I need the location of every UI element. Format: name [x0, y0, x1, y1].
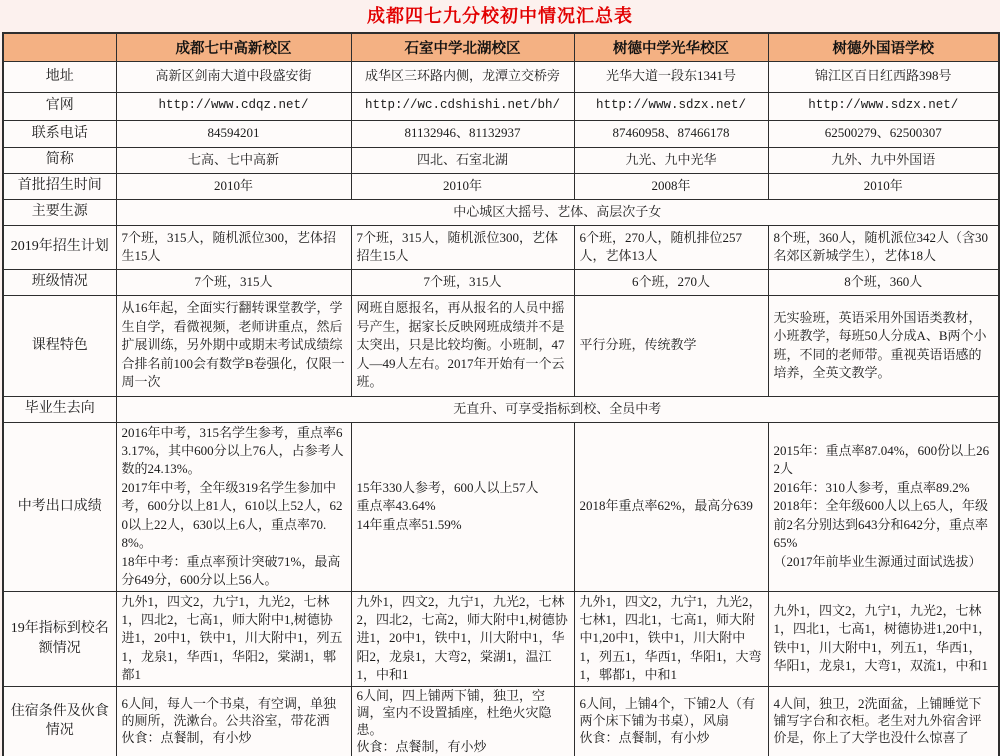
- table-cell: 2018年重点率62%，最高分639: [574, 422, 768, 591]
- row-graduate-destination: 毕业生去向 无直升、可享受指标到校、全员中考: [3, 396, 999, 422]
- table-cell: 62500279、62500307: [768, 120, 999, 147]
- table-cell: 84594201: [116, 120, 351, 147]
- table-cell: 高新区剑南大道中段盛安街: [116, 61, 351, 92]
- row-address: 地址 高新区剑南大道中段盛安街 成华区三环路内侧，龙潭立交桥旁 光华大道一段东1…: [3, 61, 999, 92]
- table-cell: 九外1，四文2，九宁1，九光2，七林1，四北1，七高1，树德协进1,20中1，铁…: [768, 591, 999, 686]
- table-cell: 无实验班，英语采用外国语类教材，小班教学，每班50人分成A、B两个小班，不同的老…: [768, 295, 999, 396]
- table-cell: 七高、七中高新: [116, 147, 351, 173]
- row-website: 官网 http://www.cdqz.net/ http://wc.cdshis…: [3, 92, 999, 120]
- table-cell: 2008年: [574, 173, 768, 199]
- row-class-size: 班级情况 7个班，315人 7个班，315人 6个班，270人 8个班，360人: [3, 269, 999, 295]
- row-first-enrollment: 首批招生时间 2010年 2010年 2008年 2010年: [3, 173, 999, 199]
- table-cell: 九外、九中外国语: [768, 147, 999, 173]
- website-url: http://www.sdzx.net/: [768, 92, 999, 120]
- table-cell: 四北、石室北湖: [351, 147, 574, 173]
- website-url: http://www.sdzx.net/: [574, 92, 768, 120]
- table-cell: 6个班，270人: [574, 269, 768, 295]
- table-cell: 7个班，315人: [116, 269, 351, 295]
- row-label: 地址: [3, 61, 116, 92]
- row-label: 课程特色: [3, 295, 116, 396]
- row-student-source: 主要生源 中心城区大摇号、艺体、高层次子女: [3, 199, 999, 225]
- table-cell: 8个班，360人: [768, 269, 999, 295]
- table-cell: 网班自愿报名，再从报名的人员中摇号产生，据家长反映网班成绩并不是太突出，只是比较…: [351, 295, 574, 396]
- table-cell: 九光、九中光华: [574, 147, 768, 173]
- row-accommodation-food: 住宿条件及伙食情况 6人间，每人一个书桌，有空调，单独的厕所，洗漱台。公共浴室，…: [3, 686, 999, 756]
- table-cell: 15年330人参考，600人以上57人 重点率43.64% 14年重点率51.5…: [351, 422, 574, 591]
- column-header-school-2: 石室中学北湖校区: [351, 33, 574, 61]
- row-label: 2019年招生计划: [3, 225, 116, 269]
- row-label: 毕业生去向: [3, 396, 116, 422]
- table-cell: 成华区三环路内侧，龙潭立交桥旁: [351, 61, 574, 92]
- row-curriculum-features: 课程特色 从16年起，全面实行翻转课堂教学，学生自学，看微视频，老师讲重点，然后…: [3, 295, 999, 396]
- table-cell: 九外1，四文2，九宁1，九光2，七林1，四北1，七高1，师大附中1,20中1，铁…: [574, 591, 768, 686]
- row-label: 19年指标到校名额情况: [3, 591, 116, 686]
- row-label: 首批招生时间: [3, 173, 116, 199]
- row-phone: 联系电话 84594201 81132946、81132937 87460958…: [3, 120, 999, 147]
- summary-table-page: 成都四七九分校初中情况汇总表 成都七中高新校区 石室中学北湖校区 树德中学光华校…: [0, 0, 1000, 756]
- table-cell: 87460958、87466178: [574, 120, 768, 147]
- row-label: 主要生源: [3, 199, 116, 225]
- table-cell: 2010年: [116, 173, 351, 199]
- spanning-cell: 无直升、可享受指标到校、全员中考: [116, 396, 999, 422]
- column-header-school-3: 树德中学光华校区: [574, 33, 768, 61]
- table-cell: 2016年中考，315名学生参考，重点率63.17%，其中600分以上76人，占…: [116, 422, 351, 591]
- table-cell: 7个班，315人，随机派位300，艺体招生15人: [116, 225, 351, 269]
- row-label: 班级情况: [3, 269, 116, 295]
- row-label: 简称: [3, 147, 116, 173]
- row-label: 联系电话: [3, 120, 116, 147]
- table-cell: 九外1，四文2，九宁1，九光2，七林1，四北2，七高1，师大附中1,树德协进1，…: [116, 591, 351, 686]
- table-cell: 九外1，四文2，九宁1，九光2，七林2，四北2，七高2，师大附中1,树德协进1，…: [351, 591, 574, 686]
- table-cell: 2010年: [351, 173, 574, 199]
- table-cell: 8个班，360人，随机派位342人（含30名郊区新城学生），艺体18人: [768, 225, 999, 269]
- table-cell: 7个班，315人，随机派位300，艺体招生15人: [351, 225, 574, 269]
- row-2019-enrollment-plan: 2019年招生计划 7个班，315人，随机派位300，艺体招生15人 7个班，3…: [3, 225, 999, 269]
- row-label: 中考出口成绩: [3, 422, 116, 591]
- table-cell: 平行分班，传统教学: [574, 295, 768, 396]
- table-cell: 4人间，独卫，2洗面盆，上铺睡觉下铺写字台和衣柜。老生对九外宿舍评价是，你上了大…: [768, 686, 999, 756]
- table-cell: 6人间，四上铺两下铺，独卫，空调，室内不设置插座，杜绝火灾隐患。 伙食：点餐制，…: [351, 686, 574, 756]
- header-row: 成都七中高新校区 石室中学北湖校区 树德中学光华校区 树德外国语学校: [3, 33, 999, 61]
- row-quota-allocation: 19年指标到校名额情况 九外1，四文2，九宁1，九光2，七林1，四北2，七高1，…: [3, 591, 999, 686]
- row-label: 住宿条件及伙食情况: [3, 686, 116, 756]
- website-url: http://www.cdqz.net/: [116, 92, 351, 120]
- table-cell: 光华大道一段东1341号: [574, 61, 768, 92]
- schools-comparison-table: 成都七中高新校区 石室中学北湖校区 树德中学光华校区 树德外国语学校 地址 高新…: [2, 32, 1000, 756]
- column-header-school-1: 成都七中高新校区: [116, 33, 351, 61]
- column-header-school-4: 树德外国语学校: [768, 33, 999, 61]
- row-label: 官网: [3, 92, 116, 120]
- table-cell: 锦江区百日红西路398号: [768, 61, 999, 92]
- table-cell: 7个班，315人: [351, 269, 574, 295]
- table-cell: 从16年起，全面实行翻转课堂教学，学生自学，看微视频，老师讲重点，然后扩展训练，…: [116, 295, 351, 396]
- table-cell: 81132946、81132937: [351, 120, 574, 147]
- row-exam-results: 中考出口成绩 2016年中考，315名学生参考，重点率63.17%，其中600分…: [3, 422, 999, 591]
- corner-cell: [3, 33, 116, 61]
- table-cell: 2010年: [768, 173, 999, 199]
- page-title: 成都四七九分校初中情况汇总表: [2, 1, 998, 32]
- spanning-cell: 中心城区大摇号、艺体、高层次子女: [116, 199, 999, 225]
- table-cell: 6人间，每人一个书桌，有空调，单独的厕所，洗漱台。公共浴室，带花洒 伙食：点餐制…: [116, 686, 351, 756]
- row-shortname: 简称 七高、七中高新 四北、石室北湖 九光、九中光华 九外、九中外国语: [3, 147, 999, 173]
- table-cell: 6个班，270人，随机排位257人，艺体13人: [574, 225, 768, 269]
- table-cell: 6人间，上铺4个，下铺2人（有两个床下铺为书桌），风扇 伙食：点餐制，有小炒: [574, 686, 768, 756]
- table-cell: 2015年：重点率87.04%，600份以上262人 2016年：310人参考，…: [768, 422, 999, 591]
- website-url: http://wc.cdshishi.net/bh/: [351, 92, 574, 120]
